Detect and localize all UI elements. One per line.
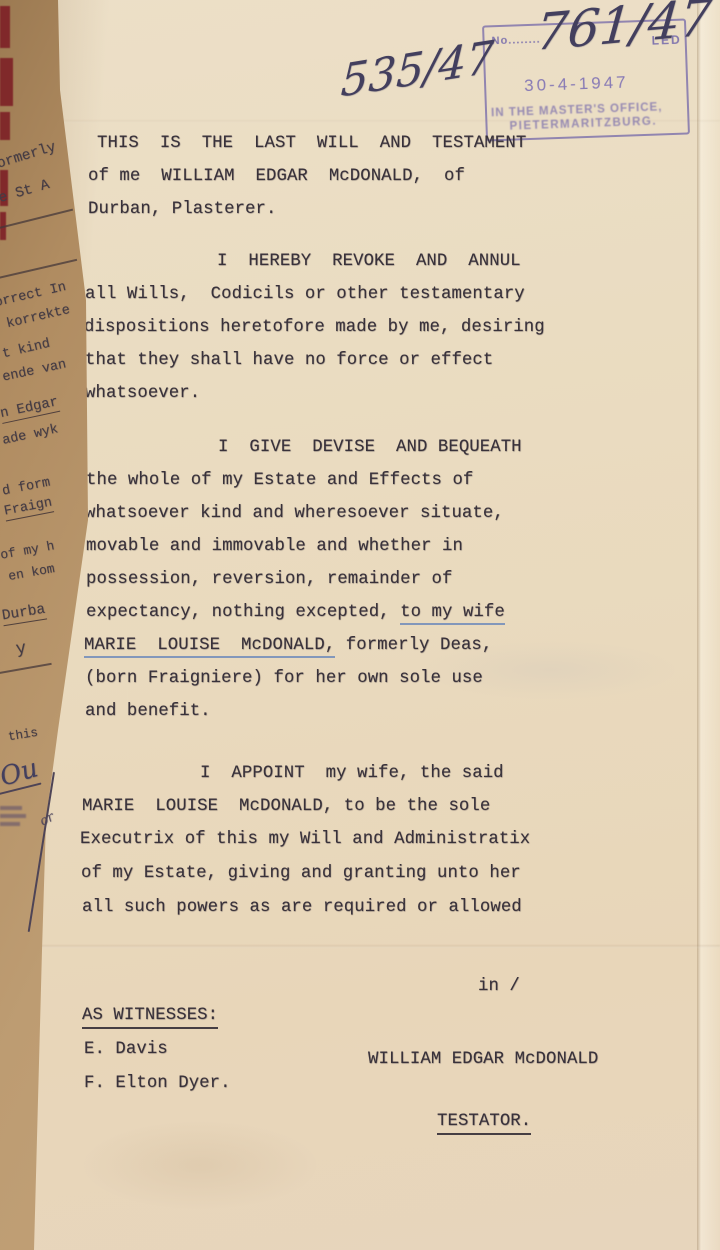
underlined-phrase-to-my-wife: to my wife — [400, 603, 505, 625]
scanned-will-document: ormerly e St A orrect In korrekte t kind… — [0, 0, 720, 1250]
will-p3-line: movable and immovable and whether in — [86, 537, 463, 556]
will-p3-line: possession, reversion, remainder of — [86, 570, 452, 589]
will-p4-line: all such powers as are required or allow… — [82, 898, 522, 917]
catchword: in / — [478, 977, 520, 996]
right-page-fold — [697, 0, 720, 1250]
will-p3-line: whatsoever kind and wheresoever situate, — [85, 504, 504, 523]
left-page-rule — [0, 663, 52, 675]
will-p3-line: I GIVE DEVISE AND BEQUEATH — [218, 438, 522, 457]
left-page-fragment: Durba — [1, 602, 47, 627]
stamp-office-line2: PIETERMARITZBURG. — [509, 116, 657, 133]
witness-name: E. Davis — [84, 1040, 168, 1059]
will-p4-line: Executrix of this my Will and Administra… — [80, 830, 530, 849]
left-page-fragment: y — [15, 639, 28, 659]
will-p3-line: the whole of my Estate and Effects of — [86, 471, 473, 490]
stamp-date: 30-4-1947 — [524, 73, 629, 97]
left-page-fragment: Fraign — [3, 496, 54, 522]
will-p4-line: of my Estate, giving and granting unto h… — [81, 864, 521, 883]
testator-role-label: TESTATOR. — [437, 1112, 531, 1135]
left-page-fragment: this — [7, 726, 39, 745]
binding-shadow — [0, 0, 720, 1250]
red-edge-mark — [0, 112, 10, 140]
will-p3-line: expectancy, nothing excepted, to my wife — [86, 603, 505, 622]
will-page: No........ LED 30-4-1947 IN THE MASTER'S… — [0, 0, 720, 1250]
red-edge-mark — [0, 58, 13, 106]
will-p3-line: MARIE LOUISE McDONALD, formerly Deas, — [84, 636, 492, 655]
left-page-fragment: en kom — [7, 561, 56, 584]
left-page-fragment: ende van — [1, 357, 68, 385]
underlined-name-marie-louise-mcdonald: MARIE LOUISE McDONALD, — [84, 636, 335, 658]
will-p2-line: I HEREBY REVOKE AND ANNUL — [217, 252, 521, 271]
left-page-fragment: ade wyk — [1, 422, 60, 448]
will-p2-line: dispositions heretofore made by me, desi… — [84, 318, 545, 337]
left-page-fragment: t kind — [1, 337, 52, 363]
left-page-fragment: ormerly — [0, 139, 58, 172]
fold-crease — [0, 945, 720, 948]
witness-name: F. Elton Dyer. — [84, 1074, 231, 1093]
red-edge-mark — [0, 6, 10, 48]
will-p1-line: Durban, Plasterer. — [88, 200, 276, 219]
will-p1-line: THIS IS THE LAST WILL AND TESTAMENT — [97, 134, 526, 153]
will-p1-line: of me WILLIAM EDGAR McDONALD, of — [88, 167, 465, 186]
testator-signature-name: WILLIAM EDGAR McDONALD — [368, 1050, 598, 1069]
witnesses-heading: AS WITNESSES: — [82, 1006, 218, 1029]
will-p2-line: whatsoever. — [85, 384, 200, 403]
left-page-fragment: of my h — [0, 538, 55, 562]
will-p4-line: I APPOINT my wife, the said — [200, 764, 504, 783]
stamp-number-label: No........ — [491, 34, 541, 48]
will-text: expectancy, nothing excepted, — [86, 603, 400, 622]
will-p4-line: MARIE LOUISE McDONALD, to be the sole — [82, 797, 490, 816]
will-p3-line: and benefit. — [85, 702, 211, 721]
left-page-rule — [0, 259, 77, 279]
left-page-fragment: korrekte — [5, 303, 72, 332]
left-page-fragment: n Edgar — [0, 394, 60, 424]
will-p2-line: all Wills, Codicils or other testamentar… — [85, 285, 525, 304]
will-p2-line: that they shall have no force or effect — [85, 351, 493, 370]
will-text: formerly Deas, — [335, 636, 492, 655]
will-p3-line: (born Fraigniere) for her own sole use — [85, 669, 483, 688]
left-page-rule — [0, 209, 73, 230]
